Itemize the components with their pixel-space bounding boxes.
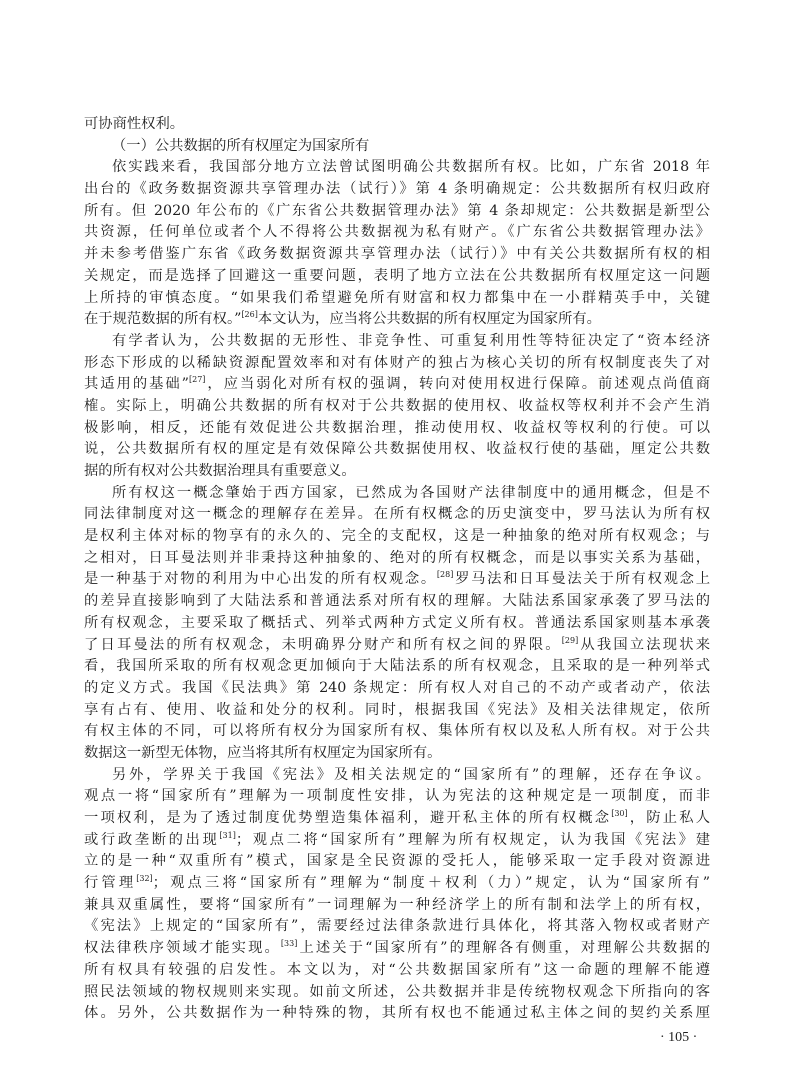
text-line: 行管理[32]；观点三将“国家所有”理解为“制度＋权利（力）”规定，认为“国家所… bbox=[84, 873, 710, 895]
line-text: 榷。实际上，明确公共数据的所有权对于公共数据的使用权、收益权等权利并不会产生消 bbox=[84, 398, 710, 414]
line-text: 可协商性权利。 bbox=[84, 116, 184, 132]
text-line: 兼具双重属性，要将“国家所有”一词理解为一种经济学上的所有制和法学上的所有权， bbox=[84, 895, 710, 917]
line-text: 《宪法》上规定的“国家所有”，需要经过法律条款进行具体化，将其落入物权或者财产 bbox=[84, 918, 710, 934]
text-line: 有权主体的不同，可以将所有权分为国家所有权、集体所有权以及私人所有权。对于公共 bbox=[84, 721, 710, 743]
text-line: 是一种基于对物的利用为中心出发的所有权观念。[28]罗马法和日耳曼法关于所有权观… bbox=[84, 569, 710, 591]
page-body: 可协商性权利。（一）公共数据的所有权厘定为国家所有依实践来看，我国部分地方立法曾… bbox=[84, 114, 710, 1025]
line-text-continued: ，防止私人 bbox=[628, 810, 710, 826]
text-line: 极影响，相反，还能有效促进公共数据治理，推动使用权、收益权等权利的行使。可以 bbox=[84, 418, 710, 440]
text-line: 上所持的审慎态度。“如果我们希望避免所有财富和权力都集中在一小群精英手中，关键 bbox=[84, 288, 710, 310]
line-text: 的差异直接影响到了大陆法系和普通法系对所有权的理解。大陆法系国家承袭了罗马法的 bbox=[84, 593, 710, 609]
text-line: 观点一将“国家所有”理解为一项制度性安排，认为宪法的这种规定是一项制度，而非 bbox=[84, 786, 710, 808]
text-line: 共资源，任何单位或者个人不得将公共数据视为私有财产。《广东省公共数据管理办法》 bbox=[84, 222, 710, 244]
text-line: 榷。实际上，明确公共数据的所有权对于公共数据的使用权、收益权等权利并不会产生消 bbox=[84, 396, 710, 418]
line-text: 数据这一新型无体物，应当将其所有权厘定为国家所有。 bbox=[84, 745, 441, 761]
line-text: 看，我国所采取的所有权观念更加倾向于大陆法系的所有权观念，且采取的是一种列举式 bbox=[84, 658, 710, 674]
line-text: 所有权观念，主要采取了概括式、列举式两种方式定义所有权。普通法系国家则基本承袭 bbox=[84, 615, 710, 631]
text-line: 同法律制度对这一概念的理解存在差异。在所有权概念的历史演变中，罗马法认为所有权 bbox=[84, 504, 710, 526]
text-line: 享有占有、使用、收益和处分的权利。同时，根据我国《宪法》及相关法律规定，依所 bbox=[84, 700, 710, 722]
line-text: 另外，学界关于我国《宪法》及相关法规定的“国家所有”的理解，还存在争议。 bbox=[112, 767, 710, 783]
line-text: 据的所有权对公共数据治理具有重要意义。 bbox=[84, 463, 356, 479]
text-line: 依实践来看，我国部分地方立法曾试图明确公共数据所有权。比如，广东省 2018 年 bbox=[84, 157, 710, 179]
citation-marker: [28] bbox=[437, 570, 453, 579]
line-text-continued: 从我国立法现状来 bbox=[578, 637, 710, 653]
text-line: 形态下形成的以稀缺资源配置效率和对有体财产的独占为核心关切的所有权制度丧失了对 bbox=[84, 353, 710, 375]
line-text: 所有。但 2020 年公布的《广东省公共数据管理办法》第 4 条却规定：公共数据… bbox=[84, 203, 710, 219]
line-text: 有学者认为，公共数据的无形性、非竞争性、可重复利用性等特征决定了“资本经济 bbox=[112, 333, 710, 349]
text-line: 出台的《政务数据资源共享管理办法（试行）》第 4 条明确规定：公共数据所有权归政… bbox=[84, 179, 710, 201]
text-line: 所有权具有较强的启发性。本文以为，对“公共数据国家所有”这一命题的理解不能遵 bbox=[84, 960, 710, 982]
line-text-continued: ；观点二将“国家所有”理解为所有权规定，认为我国《宪法》建 bbox=[236, 832, 710, 848]
text-line: 据的所有权对公共数据治理具有重要意义。 bbox=[84, 461, 710, 483]
line-text-continued: 本文认为，应当将公共数据的所有权厘定为国家所有。 bbox=[258, 311, 601, 327]
line-text: 其适用的基础” bbox=[84, 376, 189, 392]
citation-marker: [30] bbox=[611, 809, 627, 818]
text-line: 在于规范数据的所有权。”[26]本文认为，应当将公共数据的所有权厘定为国家所有。 bbox=[84, 309, 710, 331]
line-text-continued: ；观点三将“国家所有”理解为“制度＋权利（力）”规定，认为“国家所有” bbox=[153, 875, 710, 891]
citation-marker: [32] bbox=[136, 874, 152, 883]
text-line: 体。另外，公共数据作为一种特殊的物，其所有权也不能通过私主体之间的契约关系厘 bbox=[84, 1003, 710, 1025]
line-text-continued: ，应当弱化对所有权的强调，转向对使用权进行保障。前述观点尚值商 bbox=[205, 376, 710, 392]
line-text: 极影响，相反，还能有效促进公共数据治理，推动使用权、收益权等权利的行使。可以 bbox=[84, 420, 710, 436]
text-line: 关规定，而是选择了回避这一重要问题，表明了地方立法在公共数据所有权厘定这一问题 bbox=[84, 266, 710, 288]
line-text: 同法律制度对这一概念的理解存在差异。在所有权概念的历史演变中，罗马法认为所有权 bbox=[84, 506, 710, 522]
text-line: 的差异直接影响到了大陆法系和普通法系对所有权的理解。大陆法系国家承袭了罗马法的 bbox=[84, 591, 710, 613]
text-line: 所有权这一概念肇始于西方国家，已然成为各国财产法律制度中的通用概念，但是不 bbox=[84, 483, 710, 505]
text-line: 立的是一种“双重所有”模式，国家是全民资源的受托人，能够采取一定手段对资源进 bbox=[84, 851, 710, 873]
line-text: 一项权利，是为了透过制度优势塑造集体福利，避开私主体的所有权概念 bbox=[84, 810, 611, 826]
line-text: 说，公共数据所有权的厘定是有效保障公共数据使用权、收益权行使的基础，厘定公共数 bbox=[84, 441, 710, 457]
line-text: 有权主体的不同，可以将所有权分为国家所有权、集体所有权以及私人所有权。对于公共 bbox=[84, 723, 710, 739]
citation-marker: [31] bbox=[219, 831, 235, 840]
line-text: 是权利主体对标的物享有的永久的、完全的支配权，这是一种抽象的绝对所有权观念；与 bbox=[84, 528, 710, 544]
text-line: 一项权利，是为了透过制度优势塑造集体福利，避开私主体的所有权概念[30]，防止私… bbox=[84, 808, 710, 830]
line-text: 共资源，任何单位或者个人不得将公共数据视为私有财产。《广东省公共数据管理办法》 bbox=[84, 224, 710, 240]
text-line: 另外，学界关于我国《宪法》及相关法规定的“国家所有”的理解，还存在争议。 bbox=[84, 765, 710, 787]
text-line: （一）公共数据的所有权厘定为国家所有 bbox=[84, 136, 710, 158]
line-text: 依实践来看，我国部分地方立法曾试图明确公共数据所有权。比如，广东省 2018 年 bbox=[112, 159, 710, 175]
text-line: 的定义方式。我国《民法典》第 240 条规定：所有权人对自己的不动产或者动产，依… bbox=[84, 678, 710, 700]
citation-marker: [33] bbox=[281, 939, 297, 948]
line-text: 体。另外，公共数据作为一种特殊的物，其所有权也不能通过私主体之间的契约关系厘 bbox=[84, 1005, 710, 1021]
line-text: 形态下形成的以稀缺资源配置效率和对有体财产的独占为核心关切的所有权制度丧失了对 bbox=[84, 355, 710, 371]
line-text: 观点一将“国家所有”理解为一项制度性安排，认为宪法的这种规定是一项制度，而非 bbox=[84, 788, 710, 804]
text-line: 说，公共数据所有权的厘定是有效保障公共数据使用权、收益权行使的基础，厘定公共数 bbox=[84, 439, 710, 461]
line-text: 立的是一种“双重所有”模式，国家是全民资源的受托人，能够采取一定手段对资源进 bbox=[84, 853, 710, 869]
line-text: 上所持的审慎态度。“如果我们希望避免所有财富和权力都集中在一小群精英手中，关键 bbox=[84, 290, 710, 306]
line-text: （一）公共数据的所有权厘定为国家所有 bbox=[112, 138, 369, 154]
page-number: · 105 · bbox=[660, 1030, 697, 1046]
text-line: 《宪法》上规定的“国家所有”，需要经过法律条款进行具体化，将其落入物权或者财产 bbox=[84, 916, 710, 938]
text-line: 所有。但 2020 年公布的《广东省公共数据管理办法》第 4 条却规定：公共数据… bbox=[84, 201, 710, 223]
text-line: 所有权观念，主要采取了概括式、列举式两种方式定义所有权。普通法系国家则基本承袭 bbox=[84, 613, 710, 635]
line-text: 关规定，而是选择了回避这一重要问题，表明了地方立法在公共数据所有权厘定这一问题 bbox=[84, 268, 710, 284]
line-text: 并未参考借鉴广东省《政务数据资源共享管理办法（试行）》中有关公共数据所有权的相 bbox=[84, 246, 710, 262]
text-line: 有学者认为，公共数据的无形性、非竞争性、可重复利用性等特征决定了“资本经济 bbox=[84, 331, 710, 353]
line-text: 享有占有、使用、收益和处分的权利。同时，根据我国《宪法》及相关法律规定，依所 bbox=[84, 702, 710, 718]
line-text: 出台的《政务数据资源共享管理办法（试行）》第 4 条明确规定：公共数据所有权归政… bbox=[84, 181, 710, 197]
citation-marker: [27] bbox=[189, 375, 205, 384]
line-text: 了日耳曼法的所有权观念，未明确界分财产和所有权之间的界限。 bbox=[84, 637, 562, 653]
line-text: 所有权具有较强的启发性。本文以为，对“公共数据国家所有”这一命题的理解不能遵 bbox=[84, 962, 710, 978]
line-text-continued: 罗马法和日耳曼法关于所有权观念上 bbox=[453, 571, 710, 587]
line-text: 权法律秩序领域才能实现。 bbox=[84, 940, 281, 956]
text-line: 是权利主体对标的物享有的永久的、完全的支配权，这是一种抽象的绝对所有权观念；与 bbox=[84, 526, 710, 548]
text-line: 其适用的基础”[27]，应当弱化对所有权的强调，转向对使用权进行保障。前述观点尚… bbox=[84, 374, 710, 396]
line-text: 照民法领域的物权规则来实现。如前文所述，公共数据并非是传统物权观念下所指向的客 bbox=[84, 984, 710, 1000]
text-line: 并未参考借鉴广东省《政务数据资源共享管理办法（试行）》中有关公共数据所有权的相 bbox=[84, 244, 710, 266]
line-text: 之相对，日耳曼法则并非秉持这种抽象的、绝对的所有权概念，而是以事实关系为基础， bbox=[84, 550, 710, 566]
citation-marker: [29] bbox=[562, 636, 578, 645]
line-text: 是一种基于对物的利用为中心出发的所有权观念。 bbox=[84, 571, 437, 587]
line-text: 所有权这一概念肇始于西方国家，已然成为各国财产法律制度中的通用概念，但是不 bbox=[112, 485, 710, 501]
text-line: 权法律秩序领域才能实现。[33]上述关于“国家所有”的理解各有侧重，对理解公共数… bbox=[84, 938, 710, 960]
text-line: 数据这一新型无体物，应当将其所有权厘定为国家所有。 bbox=[84, 743, 710, 765]
text-line: 可协商性权利。 bbox=[84, 114, 710, 136]
citation-marker: [26] bbox=[241, 310, 257, 319]
text-line: 或行政垄断的出现[31]；观点二将“国家所有”理解为所有权规定，认为我国《宪法》… bbox=[84, 830, 710, 852]
text-line: 看，我国所采取的所有权观念更加倾向于大陆法系的所有权观念，且采取的是一种列举式 bbox=[84, 656, 710, 678]
line-text: 兼具双重属性，要将“国家所有”一词理解为一种经济学上的所有制和法学上的所有权， bbox=[84, 897, 710, 913]
text-line: 之相对，日耳曼法则并非秉持这种抽象的、绝对的所有权概念，而是以事实关系为基础， bbox=[84, 548, 710, 570]
text-line: 了日耳曼法的所有权观念，未明确界分财产和所有权之间的界限。[29]从我国立法现状… bbox=[84, 635, 710, 657]
line-text-continued: 上述关于“国家所有”的理解各有侧重，对理解公共数据的 bbox=[297, 940, 710, 956]
line-text: 在于规范数据的所有权。” bbox=[84, 311, 241, 327]
line-text: 行管理 bbox=[84, 875, 136, 891]
line-text: 或行政垄断的出现 bbox=[84, 832, 219, 848]
text-line: 照民法领域的物权规则来实现。如前文所述，公共数据并非是传统物权观念下所指向的客 bbox=[84, 982, 710, 1004]
line-text: 的定义方式。我国《民法典》第 240 条规定：所有权人对自己的不动产或者动产，依… bbox=[84, 680, 710, 696]
